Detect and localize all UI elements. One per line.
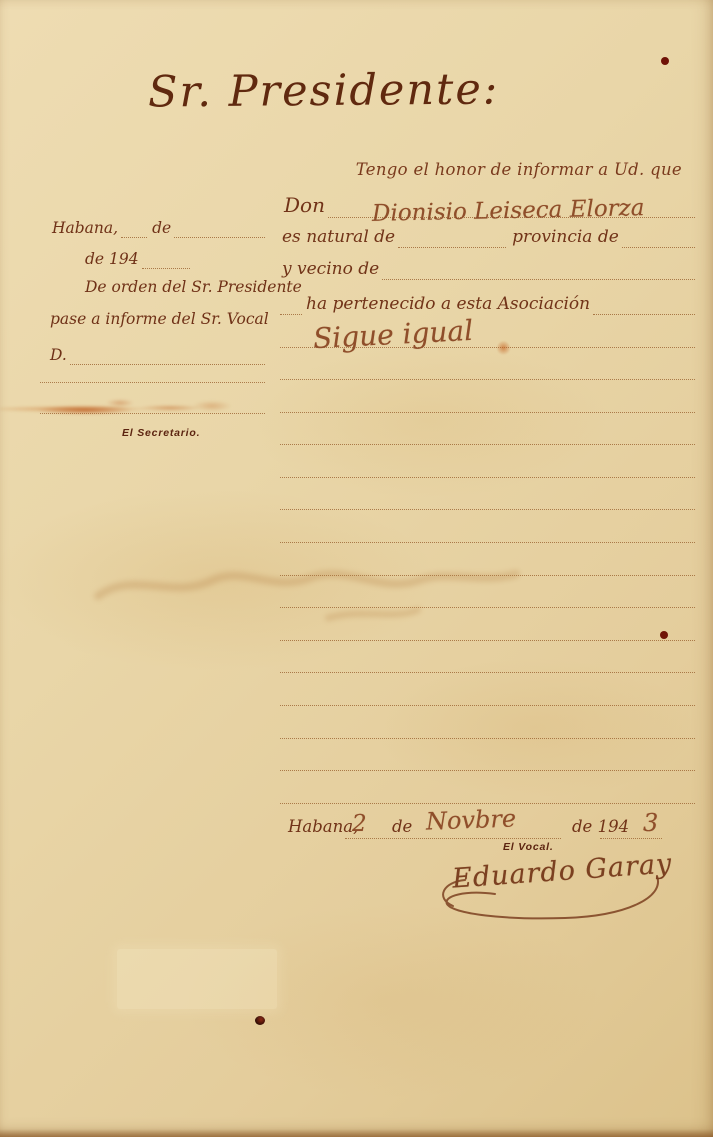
ruled-line — [280, 444, 695, 445]
ink-dot-bottom-left — [255, 1016, 265, 1025]
bleed-through-writing — [78, 518, 538, 638]
left-month-line — [174, 214, 265, 238]
vecino-field-line — [382, 254, 695, 280]
ruled-line — [280, 477, 695, 478]
don-label: Don — [284, 193, 328, 218]
provincia-field-line — [622, 222, 695, 248]
left-order-line2: pase a informe del Sr. Vocal — [50, 310, 269, 328]
rust-stain — [0, 395, 240, 423]
footer-day-handwritten: 2 — [352, 811, 367, 837]
footer-month-handwritten: Novbre — [426, 804, 517, 835]
ruled-line — [280, 509, 695, 510]
ruled-line — [280, 738, 695, 739]
pertenecido-field-line — [593, 289, 695, 315]
left-city-label: Habana, — [52, 219, 121, 238]
natural-de-label: es natural de — [282, 227, 398, 248]
footer-de1-label: de — [392, 817, 412, 836]
ruled-line — [280, 379, 695, 380]
ruled-line — [280, 803, 695, 804]
natural-field-line — [398, 222, 506, 248]
document-paper: Sr. Presidente: Tengo el honor de inform… — [0, 0, 713, 1137]
handwritten-note: Sigue igual — [312, 314, 474, 355]
intro-line: Tengo el honor de informar a Ud. que — [280, 160, 682, 179]
natural-line: es natural de provincia de — [282, 222, 695, 248]
left-blank-line — [40, 382, 265, 383]
ruled-line — [280, 705, 695, 706]
ruled-line — [280, 672, 695, 673]
rust-speck — [497, 341, 510, 356]
pertenecido-line: ha pertenecido a esta Asociación — [280, 289, 695, 315]
provincia-de-label: provincia de — [506, 227, 622, 248]
ruled-line — [280, 770, 695, 771]
left-year-line: de 194 — [85, 245, 190, 269]
secretary-label: El Secretario. — [122, 427, 200, 439]
left-d-field-line — [70, 341, 265, 365]
left-de-label: de — [147, 219, 174, 238]
footer-year-digit-handwritten: 3 — [643, 809, 658, 837]
left-d-label: D. — [50, 346, 70, 365]
pertenecido-label: ha pertenecido a esta Asociación — [302, 294, 593, 315]
footer-year-line — [600, 838, 662, 839]
ink-dot-top-right — [661, 57, 669, 65]
name-field-line: Dionisio Leiseca Elorza — [328, 190, 695, 218]
footer-city-label: Habana, — [288, 817, 358, 836]
ruled-line — [280, 640, 695, 641]
ruled-line — [280, 412, 695, 413]
left-date-line: Habana, de — [52, 214, 265, 238]
left-year-label: de 194 — [85, 250, 142, 269]
paper-bottom-edge — [0, 1129, 713, 1137]
left-vocal-name-line: D. — [50, 341, 265, 365]
left-day-line — [121, 214, 147, 238]
footer-date-line — [345, 838, 561, 839]
vecino-line: y vecino de — [282, 254, 695, 280]
left-order-line1: De orden del Sr. Presidente — [85, 278, 302, 296]
left-year-field-line — [142, 245, 190, 269]
vecino-de-label: y vecino de — [282, 259, 382, 280]
page-title: Sr. Presidente: — [148, 64, 500, 117]
footer-de2-label: de 194 — [572, 817, 629, 836]
don-line: Don Dionisio Leiseca Elorza — [284, 190, 695, 218]
faded-patch — [117, 949, 277, 1009]
